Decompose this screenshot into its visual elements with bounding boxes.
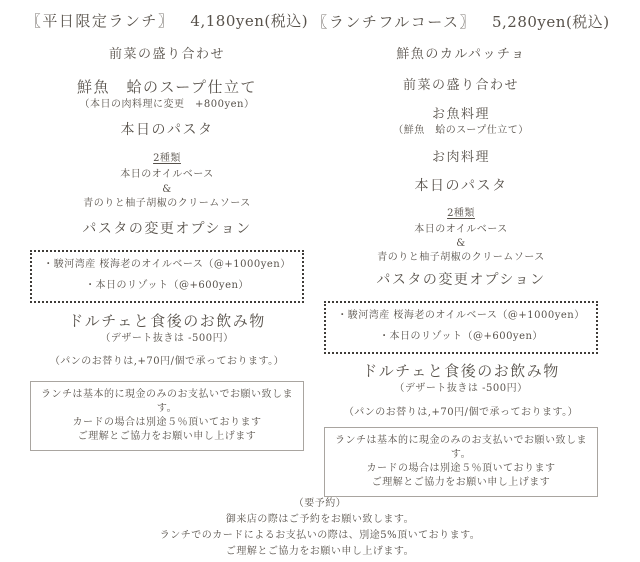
- dessert-title: ドルチェと食後のお飲み物: [311, 362, 611, 380]
- pasta-option-box: ・駿河湾産 桜海老のオイルベース（@+1000yen） ・本日のリゾット（@+6…: [324, 301, 598, 354]
- pasta-option-1: ・駿河湾産 桜海老のオイルベース（@+1000yen）: [328, 310, 594, 322]
- menu-price-weekday: 4,180yen(税込): [190, 12, 308, 30]
- pasta-oil-base: 本日のオイルベース: [311, 224, 611, 236]
- fish-dish-note: （鮮魚 蛤のスープ仕立て）: [311, 125, 611, 137]
- payment-note-line-2: カードの場合は別途５％頂いております: [327, 462, 595, 476]
- menu-price-fullcourse: 5,280yen(税込): [492, 13, 610, 31]
- payment-note-line-3: ご理解とご協力をお願い申し上げます: [327, 476, 595, 490]
- menu-item-fish-soup: 鮮魚 蛤のスープ仕立て: [17, 78, 317, 96]
- menu-item-meat-dish: お肉料理: [311, 150, 611, 166]
- dessert-note: （デザート抜きは -500円）: [17, 333, 317, 345]
- weekday-lunch-column: 〖平日限定ランチ〗4,180yen(税込) 前菜の盛り合わせ 鮮魚 蛤のスープ仕…: [17, 0, 317, 451]
- payment-note-box: ランチは基本的に現金のみのお支払いでお願い致します。 カードの場合は別途５％頂い…: [324, 427, 598, 497]
- menu-item-appetizer: 前菜の盛り合わせ: [311, 78, 611, 94]
- menu-item-fish-dish: お魚料理: [311, 107, 611, 123]
- bread-refill-note: （パンのお替りは,+70円/個で承っております。）: [17, 356, 317, 368]
- pasta-option-title: パスタの変更オプション: [17, 221, 317, 238]
- fish-change-note: （本日の肉料理に変更 +800yen）: [17, 99, 317, 111]
- dessert-title: ドルチェと食後のお飲み物: [17, 312, 317, 330]
- menu-header-fullcourse: 〖ランチフルコース〗5,280yen(税込): [311, 13, 611, 31]
- pasta-option-2: ・本日のリゾット（@+600yen）: [34, 280, 300, 292]
- ampersand-text: &: [17, 184, 317, 196]
- payment-note-line-3: ご理解とご協力をお願い申し上げます: [33, 430, 301, 444]
- menu-title-fullcourse: 〖ランチフルコース〗: [312, 13, 476, 31]
- pasta-option-box: ・駿河湾産 桜海老のオイルベース（@+1000yen） ・本日のリゾット（@+6…: [30, 250, 304, 303]
- pasta-cream-sauce: 青のりと柚子胡椒のクリームソース: [311, 252, 611, 264]
- footer-line-card-fee: ランチでのカードによるお支払いの際は、別途5%頂いております。: [0, 530, 640, 542]
- footer: （要予約） 御来店の際はご予約をお願い致します。 ランチでのカードによるお支払い…: [0, 498, 640, 558]
- menu-title-weekday: 〖平日限定ランチ〗: [26, 12, 175, 30]
- pasta-kinds-label: 2種類: [447, 208, 475, 219]
- payment-note-line-2: カードの場合は別途５％頂いております: [33, 416, 301, 430]
- payment-note-box: ランチは基本的に現金のみのお支払いでお願い致します。 カードの場合は別途５％頂い…: [30, 381, 304, 451]
- pasta-cream-sauce: 青のりと柚子胡椒のクリームソース: [17, 198, 317, 210]
- footer-line-reservation: 御来店の際はご予約をお願い致します。: [0, 514, 640, 526]
- dessert-note: （デザート抜きは -500円）: [311, 383, 611, 395]
- pasta-option-1: ・駿河湾産 桜海老のオイルベース（@+1000yen）: [34, 259, 300, 271]
- pasta-option-2: ・本日のリゾット（@+600yen）: [328, 331, 594, 343]
- menu-item-pasta: 本日のパスタ: [311, 178, 611, 195]
- payment-note-line-1: ランチは基本的に現金のみのお支払いでお願い致します。: [327, 434, 595, 462]
- footer-line-thanks: ご理解とご協力をお願い申し上げます。: [0, 546, 640, 558]
- fullcourse-lunch-column: 〖ランチフルコース〗5,280yen(税込) 鮮魚のカルパッチョ 前菜の盛り合わ…: [311, 0, 611, 497]
- menu-item-carpaccio: 鮮魚のカルパッチョ: [311, 47, 611, 63]
- bread-refill-note: （パンのお替りは,+70円/個で承っております。）: [311, 407, 611, 419]
- ampersand-text: &: [311, 238, 611, 250]
- pasta-kinds-label: 2種類: [153, 153, 181, 164]
- pasta-oil-base: 本日のオイルベース: [17, 169, 317, 181]
- menu-item-pasta: 本日のパスタ: [17, 122, 317, 139]
- reservation-required-label: （要予約）: [0, 498, 640, 510]
- menu-item-appetizer: 前菜の盛り合わせ: [17, 47, 317, 63]
- pasta-option-title: パスタの変更オプション: [311, 272, 611, 289]
- menu-header-weekday: 〖平日限定ランチ〗4,180yen(税込): [17, 12, 317, 30]
- payment-note-line-1: ランチは基本的に現金のみのお支払いでお願い致します。: [33, 388, 301, 416]
